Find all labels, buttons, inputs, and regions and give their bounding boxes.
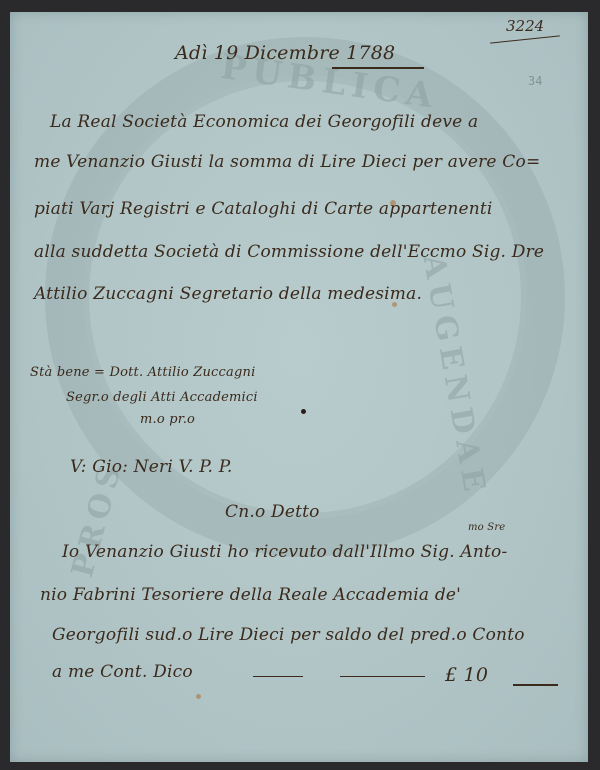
stain [196, 694, 201, 699]
body-line-2: me Venanzio Giusti la somma di Lire Diec… [34, 152, 540, 172]
date-underline [332, 67, 424, 69]
approval-line-3: m.o pr.o [140, 412, 195, 427]
body-line-5: Attilio Zuccagni Segretario della medesi… [34, 284, 422, 304]
receipt-line-1: Io Venanzio Giusti ho ricevuto dall'Illm… [62, 542, 507, 562]
fill-line-2 [340, 676, 425, 677]
archive-number-underline [490, 35, 560, 43]
amount: £ 10 [445, 664, 488, 686]
approval-line-2: Segr.o degli Atti Accademici [66, 390, 258, 405]
receipt-line-2: nio Fabrini Tesoriere della Reale Accade… [40, 585, 461, 605]
page-number: 34 [528, 74, 542, 88]
body-line-4: alla suddetta Società di Commissione del… [34, 242, 544, 262]
superscript-note: mo Sre [468, 522, 505, 533]
document-page: PUBLICA AUGENDAE PROS 3224 34 Adì 19 Dic… [10, 12, 588, 762]
archive-number: 3224 [506, 17, 544, 35]
amount-underline [513, 684, 558, 686]
stain [390, 200, 396, 206]
body-line-3: piati Varj Registri e Cataloghi di Carte… [34, 199, 493, 219]
stain [392, 302, 397, 307]
ink-dot [301, 409, 306, 414]
receipt-line-3: Georgofili sud.o Lire Dieci per saldo de… [52, 625, 525, 645]
visa-line: V: Gio: Neri V. P. P. [70, 457, 233, 477]
heading-detto: Cn.o Detto [225, 502, 320, 522]
fill-line-1 [253, 676, 303, 677]
date-line: Adì 19 Dicembre 1788 [175, 42, 395, 64]
receipt-line-4: a me Cont. Dico [52, 662, 193, 682]
approval-line-1: Stà bene = Dott. Attilio Zuccagni [30, 365, 255, 380]
body-line-1: La Real Società Economica dei Georgofili… [50, 112, 478, 132]
